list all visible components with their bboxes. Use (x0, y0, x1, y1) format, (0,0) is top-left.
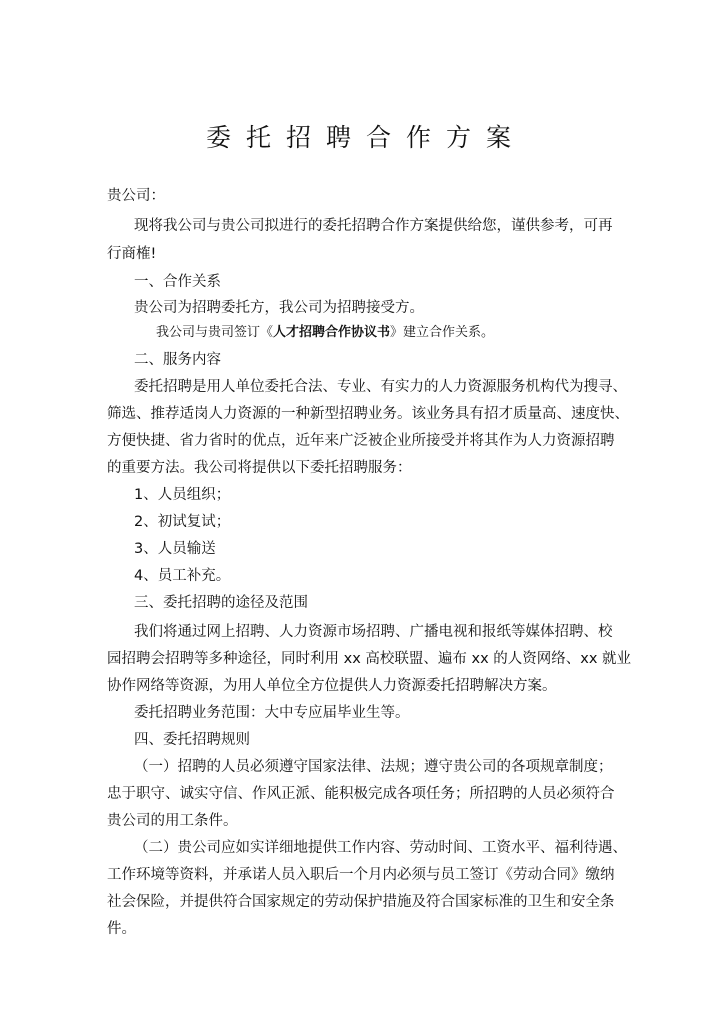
paragraph-line: （一）招聘的人员必须遵守国家法律、法规；遵守贵公司的各项规章制度； (134, 757, 613, 777)
paragraph-line: 协作网络等资源，为用人单位全方位提供人力资源委托招聘解决方案。 (107, 676, 557, 696)
text: 》建立合作关系。 (390, 325, 494, 340)
paragraph-line: 的重要方法。我公司将提供以下委托招聘服务： (107, 458, 412, 478)
paragraph-line: （二）贵公司应如实详细地提供工作内容、劳动时间、工资水平、福利待遇、 (134, 838, 627, 858)
agreement-name: 人才招聘合作协议书 (273, 325, 390, 340)
paragraph-line: 工作环境等资料，并承诺人员入职后一个月内必须与员工签订《劳动合同》缴纳 (107, 865, 615, 885)
paragraph-line: 我们将通过网上招聘、人力资源市场招聘、广播电视和报纸等媒体招聘、校 (134, 622, 613, 642)
section-heading: 二、服务内容 (134, 350, 221, 370)
list-item: 2、初试复试； (134, 512, 230, 532)
paragraph-line: 筛选、推荐适岗人力资源的一种新型招聘业务。该业务具有招才质量高、速度快、 (107, 404, 629, 424)
list-item: 1、人员组织； (134, 485, 230, 505)
intro-line-1: 现将我公司与贵公司拟进行的委托招聘合作方案提供给您，谨供参考，可再 (134, 216, 613, 236)
paragraph: 贵公司为招聘委托方，我公司为招聘接受方。 (134, 298, 424, 318)
document-title: 委托招聘合作方案 (0, 118, 720, 154)
paragraph-line: 忠于职守、诚实守信、作风正派、能积极完成各项任务；所招聘的人员必须符合 (107, 784, 615, 804)
paragraph-line: 贵公司的用工条件。 (107, 811, 238, 831)
paragraph-line: 件。 (107, 919, 136, 939)
paragraph: 我公司与贵司签订《人才招聘合作协议书》建立合作关系。 (156, 323, 494, 343)
paragraph-line: 方便快捷、省力省时的优点，近年来广泛被企业所接受并将其作为人力资源招聘 (107, 431, 615, 451)
paragraph-line: 社会保险，并提供符合国家规定的劳动保护措施及符合国家标准的卫生和安全条 (107, 892, 615, 912)
section-heading: 四、委托招聘规则 (134, 730, 250, 750)
intro-line-2: 行商榷! (107, 244, 156, 264)
text: 我公司与贵司签订《 (156, 325, 273, 340)
list-item: 4、员工补充。 (134, 566, 230, 586)
paragraph-line: 委托招聘是用人单位委托合法、专业、有实力的人力资源服务机构代为搜寻、 (134, 377, 627, 397)
section-heading: 三、委托招聘的途径及范围 (134, 593, 308, 613)
paragraph: 委托招聘业务范围：大中专应届毕业生等。 (134, 703, 410, 723)
salutation: 贵公司： (107, 186, 165, 206)
list-item: 3、人员输送 (134, 539, 216, 559)
section-heading: 一、合作关系 (134, 272, 221, 292)
paragraph-line: 园招聘会招聘等多种途径，同时利用 xx 高校联盟、遍布 xx 的人资网络、xx … (107, 649, 631, 669)
